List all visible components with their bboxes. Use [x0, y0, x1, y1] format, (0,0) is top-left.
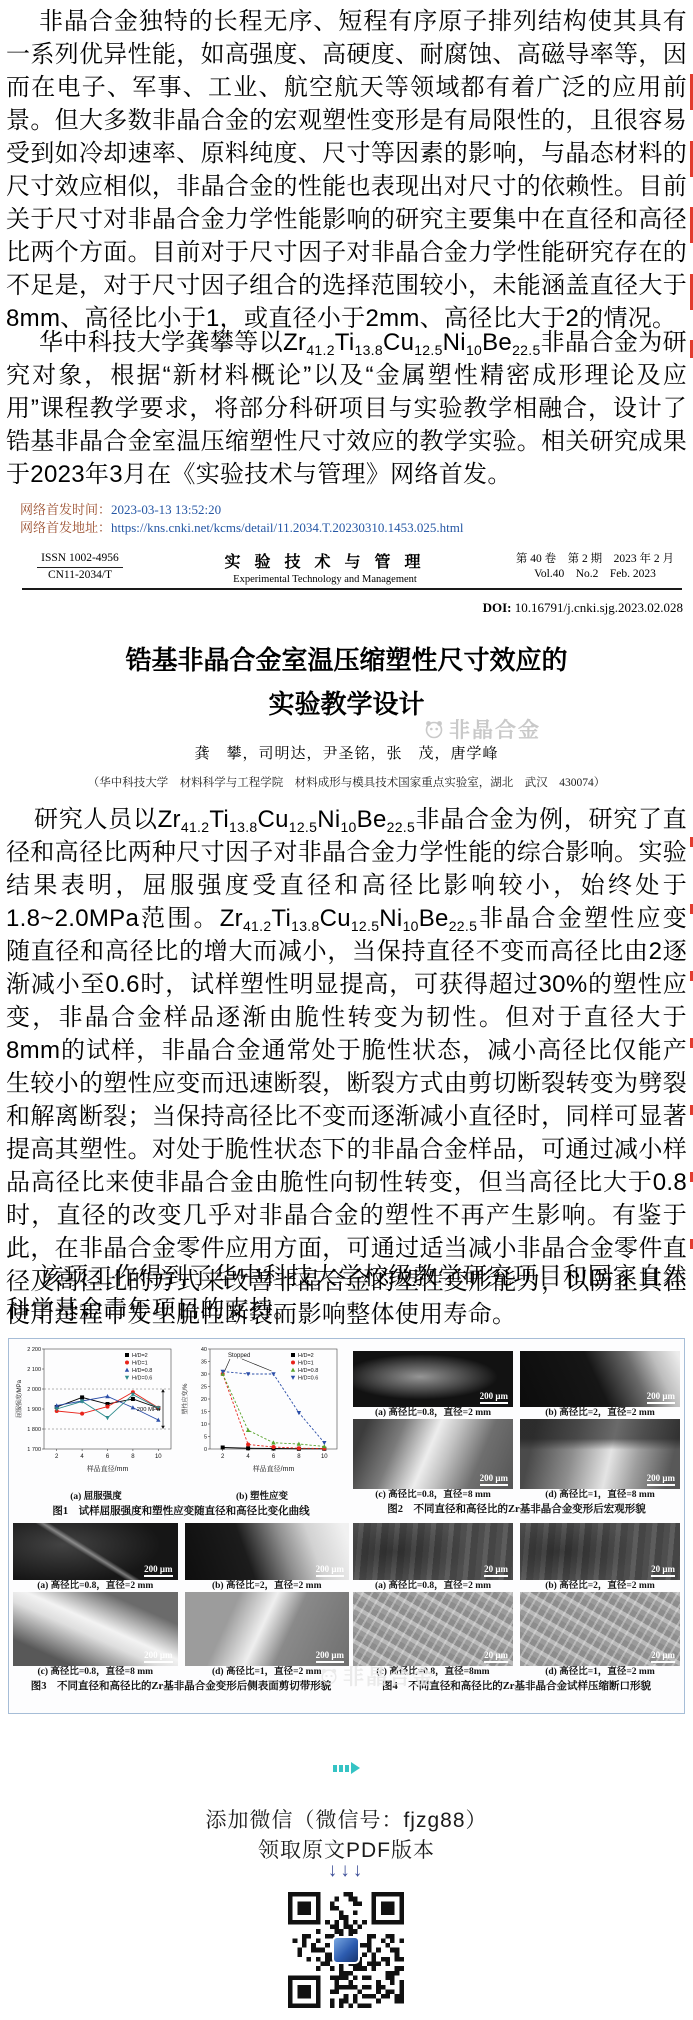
watermark-text: 非晶合金: [343, 1661, 435, 1691]
svg-text:15: 15: [201, 1410, 207, 1416]
svg-text:样品直径/mm: 样品直径/mm: [253, 1464, 295, 1473]
svg-text:4: 4: [246, 1454, 250, 1460]
cn-number: CN11-2034/T: [48, 569, 112, 581]
down-arrows: ↓↓↓: [0, 1860, 693, 1882]
figure-2: 200 μm (a) 高径比=0.8，直径=2 mm 200 μm (b) 高径…: [353, 1351, 680, 1517]
figure1-subcaption-b: (b) 塑性应变: [236, 1491, 288, 1503]
figure2-subcaption-a: (a) 高径比=0.8，直径=2 mm: [353, 1407, 513, 1419]
scale-bar: 200 μm: [647, 1474, 675, 1486]
body-paragraph-1: 研究人员以Zr41.2Ti13.8Cu12.5Ni10Be22.5非晶合金为例，…: [6, 803, 687, 1331]
svg-text:2 200: 2 200: [27, 1347, 41, 1353]
svg-text:6: 6: [272, 1454, 276, 1460]
doi-label: DOI:: [483, 600, 512, 615]
journal-masthead: ISSN 1002-4956 CN11-2034/T 实 验 技 术 与 管 理…: [20, 550, 680, 584]
figure4-subcaption-a: (a) 高径比=0.8，直径=2 mm: [353, 1580, 513, 1592]
svg-text:40: 40: [201, 1347, 207, 1353]
svg-text:1 900: 1 900: [27, 1407, 41, 1413]
sem-image-fig3d: 200 μm: [185, 1592, 350, 1666]
authors-line: 龚 攀，司明达，尹圣铭，张 茂，唐学峰: [0, 742, 693, 763]
teal-dashed-arrow-icon: [0, 1762, 693, 1774]
scale-bar: 200 μm: [480, 1392, 508, 1404]
panda-logo-icon: [319, 1666, 339, 1686]
figure2-subcaption-d: (d) 高径比=1，直径=8 mm: [520, 1489, 680, 1501]
svg-text:20: 20: [201, 1397, 207, 1403]
figure2-subcaption-c: (c) 高径比=0.8，直径=8 mm: [353, 1489, 513, 1501]
svg-text:2 000: 2 000: [27, 1387, 41, 1393]
scale-bar: 200 μm: [480, 1474, 508, 1486]
svg-text:30: 30: [201, 1372, 207, 1378]
svg-text:H/D=0.6: H/D=0.6: [132, 1376, 152, 1382]
scale-bar: 200 μm: [647, 1392, 675, 1404]
scale-bar: 20 μm: [651, 1651, 675, 1663]
svg-text:8: 8: [297, 1454, 301, 1460]
figure-1: 1 7001 8001 9002 0002 1002 200246810屈服强度…: [13, 1341, 349, 1519]
article-page: 非晶合金独特的长程无序、短程有序原子排列结构使其具有一系列优异性能，如高强度、高…: [0, 0, 693, 2020]
publish-url-line: 网络首发地址：https://kns.cnki.net/kcms/detail/…: [20, 519, 463, 537]
svg-text:2 100: 2 100: [27, 1367, 41, 1373]
figure4-subcaption-b: (b) 高径比=2，直径=2 mm: [520, 1580, 680, 1592]
figure3-caption: 图3 不同直径和高径比的Zr基非晶合金变形后侧表面剪切带形貌: [13, 1680, 349, 1694]
scale-bar: 200 μm: [144, 1651, 172, 1663]
composite-figure: 1 7001 8001 9002 0002 1002 200246810屈服强度…: [8, 1338, 685, 1714]
intro-paragraph-2: 华中科技大学龚攀等以Zr41.2Ti13.8Cu12.5Ni10Be22.5非晶…: [6, 326, 687, 491]
figure1-subcaption-a: (a) 屈服强度: [70, 1491, 121, 1503]
svg-text:H/D=0.8: H/D=0.8: [298, 1368, 318, 1374]
plastic-strain-chart: 0510152025303540246810塑性应变/%样品直径/mmH/D=2…: [180, 1341, 344, 1491]
figure-3: 200 μm (a) 高径比=0.8，直径=2 mm 200 μm (b) 高径…: [13, 1523, 349, 1694]
brand-watermark: 非晶合金: [423, 714, 541, 744]
sem-image-fig2a: 200 μm: [353, 1351, 513, 1407]
scale-bar: 20 μm: [484, 1651, 508, 1663]
volume-en: Vol.40 No.2 Feb. 2023: [534, 568, 656, 580]
publish-time-label: 网络首发时间：: [20, 502, 111, 517]
svg-text:25: 25: [201, 1385, 207, 1391]
yield-strength-chart: 1 7001 8001 9002 0002 1002 200246810屈服强度…: [14, 1341, 178, 1491]
figure4-subcaption-d: (d) 高径比=1，直径=2 mm: [520, 1666, 680, 1678]
sem-image-fig2c: 200 μm: [353, 1419, 513, 1489]
sem-image-fig3b: 200 μm: [185, 1523, 350, 1580]
article-title-line2: 实验教学设计: [0, 684, 693, 721]
scale-bar: 200 μm: [316, 1565, 344, 1577]
sem-image-fig4a: 20 μm: [353, 1523, 513, 1580]
affiliation-line: （华中科技大学 材料科学与工程学院 材料成形与模具技术国家重点实验室，湖北 武汉…: [0, 774, 693, 790]
figure2-subcaption-b: (b) 高径比=2，直径=2 mm: [520, 1407, 680, 1419]
figure-watermark: 非晶合金: [319, 1661, 435, 1691]
publish-time-value: 2023-03-13 13:52:20: [111, 502, 221, 517]
volume-cn: 第 40 卷 第 2 期 2023 年 2 月: [516, 553, 674, 565]
journal-name: 实 验 技 术 与 管 理 Experimental Technology an…: [224, 549, 425, 585]
svg-text:H/D=2: H/D=2: [298, 1353, 314, 1359]
svg-text:5: 5: [204, 1435, 207, 1441]
svg-text:H/D=2: H/D=2: [132, 1353, 148, 1359]
intro-paragraph-1: 非晶合金独特的长程无序、短程有序原子排列结构使其具有一系列优异性能，如高强度、高…: [6, 5, 687, 335]
journal-name-cn: 实 验 技 术 与 管 理: [224, 549, 425, 572]
volume-block: 第 40 卷 第 2 期 2023 年 2 月 Vol.40 No.2 Feb.…: [510, 552, 680, 582]
sem-image-fig4d: 20 μm: [520, 1592, 680, 1666]
panda-logo-icon: [423, 718, 445, 740]
svg-text:10: 10: [155, 1454, 162, 1460]
masthead-rule: [22, 588, 682, 590]
scale-bar: 20 μm: [651, 1565, 675, 1577]
issn-block: ISSN 1002-4956 CN11-2034/T: [20, 551, 140, 583]
svg-text:2: 2: [55, 1454, 59, 1460]
figure3-subcaption-c: (c) 高径比=0.8，直径=8 mm: [13, 1666, 178, 1678]
svg-text:Stopped: Stopped: [228, 1353, 250, 1359]
svg-text:1 700: 1 700: [27, 1447, 41, 1453]
svg-text:H/D=0.6: H/D=0.6: [298, 1376, 318, 1382]
publish-time-line: 网络首发时间：2023-03-13 13:52:20: [20, 501, 221, 519]
sem-image-fig3a: 200 μm: [13, 1523, 178, 1580]
issn-number: ISSN 1002-4956: [37, 551, 123, 568]
doi-line: DOI: 10.16791/j.cnki.sjg.2023.02.028: [483, 600, 683, 616]
scale-bar: 200 μm: [144, 1565, 172, 1577]
doi-value: 10.16791/j.cnki.sjg.2023.02.028: [515, 600, 683, 615]
scale-bar: 20 μm: [484, 1565, 508, 1577]
wechat-contact-line: 添加微信（微信号：fjzg88）: [0, 1804, 693, 1834]
svg-text:H/D=1: H/D=1: [298, 1361, 314, 1367]
figure3-subcaption-a: (a) 高径比=0.8，直径=2 mm: [13, 1580, 178, 1592]
svg-text:2: 2: [221, 1454, 225, 1460]
sem-image-fig3c: 200 μm: [13, 1592, 178, 1666]
svg-text:6: 6: [106, 1454, 110, 1460]
svg-text:35: 35: [201, 1360, 207, 1366]
svg-text:样品直径/mm: 样品直径/mm: [87, 1464, 129, 1473]
sem-image-fig4b: 20 μm: [520, 1523, 680, 1580]
svg-text:H/D=1: H/D=1: [132, 1361, 148, 1367]
svg-text:8: 8: [131, 1454, 135, 1460]
body-paragraph-2: 该项工作得到了华中科技大学校级教学研究项目和国家自然科学基金青年项目的支持。: [6, 1260, 687, 1326]
publish-url-link[interactable]: https://kns.cnki.net/kcms/detail/11.2034…: [111, 520, 463, 535]
svg-text:1 800: 1 800: [27, 1427, 41, 1433]
svg-text:200 MPa: 200 MPa: [137, 1407, 161, 1413]
article-title-line1: 锆基非晶合金室温压缩塑性尺寸效应的: [0, 640, 693, 677]
svg-text:0: 0: [204, 1447, 207, 1453]
svg-text:4: 4: [80, 1454, 84, 1460]
svg-text:屈服强度/MPa: 屈服强度/MPa: [15, 1379, 23, 1418]
publish-url-label: 网络首发地址：: [20, 520, 111, 535]
figure3-subcaption-b: (b) 高径比=2，直径=2 mm: [185, 1580, 350, 1592]
wechat-qr-code: [288, 1892, 404, 2008]
sem-image-fig4c: 20 μm: [353, 1592, 513, 1666]
figure1-caption: 图1 试样屈服强度和塑性应变随直径和高径比变化曲线: [13, 1505, 349, 1519]
sem-image-fig2b: 200 μm: [520, 1351, 680, 1407]
watermark-text: 非晶合金: [449, 714, 541, 744]
sem-image-fig2d: 200 μm: [520, 1419, 680, 1489]
journal-name-en: Experimental Technology and Management: [224, 574, 425, 585]
svg-text:10: 10: [201, 1422, 207, 1428]
svg-text:塑性应变/%: 塑性应变/%: [181, 1383, 189, 1415]
svg-text:H/D=0.8: H/D=0.8: [132, 1368, 152, 1374]
qr-center-logo: [332, 1936, 360, 1964]
svg-text:10: 10: [321, 1454, 328, 1460]
figure2-caption: 图2 不同直径和高径比的Zr基非晶合金变形后宏观形貌: [353, 1503, 680, 1517]
